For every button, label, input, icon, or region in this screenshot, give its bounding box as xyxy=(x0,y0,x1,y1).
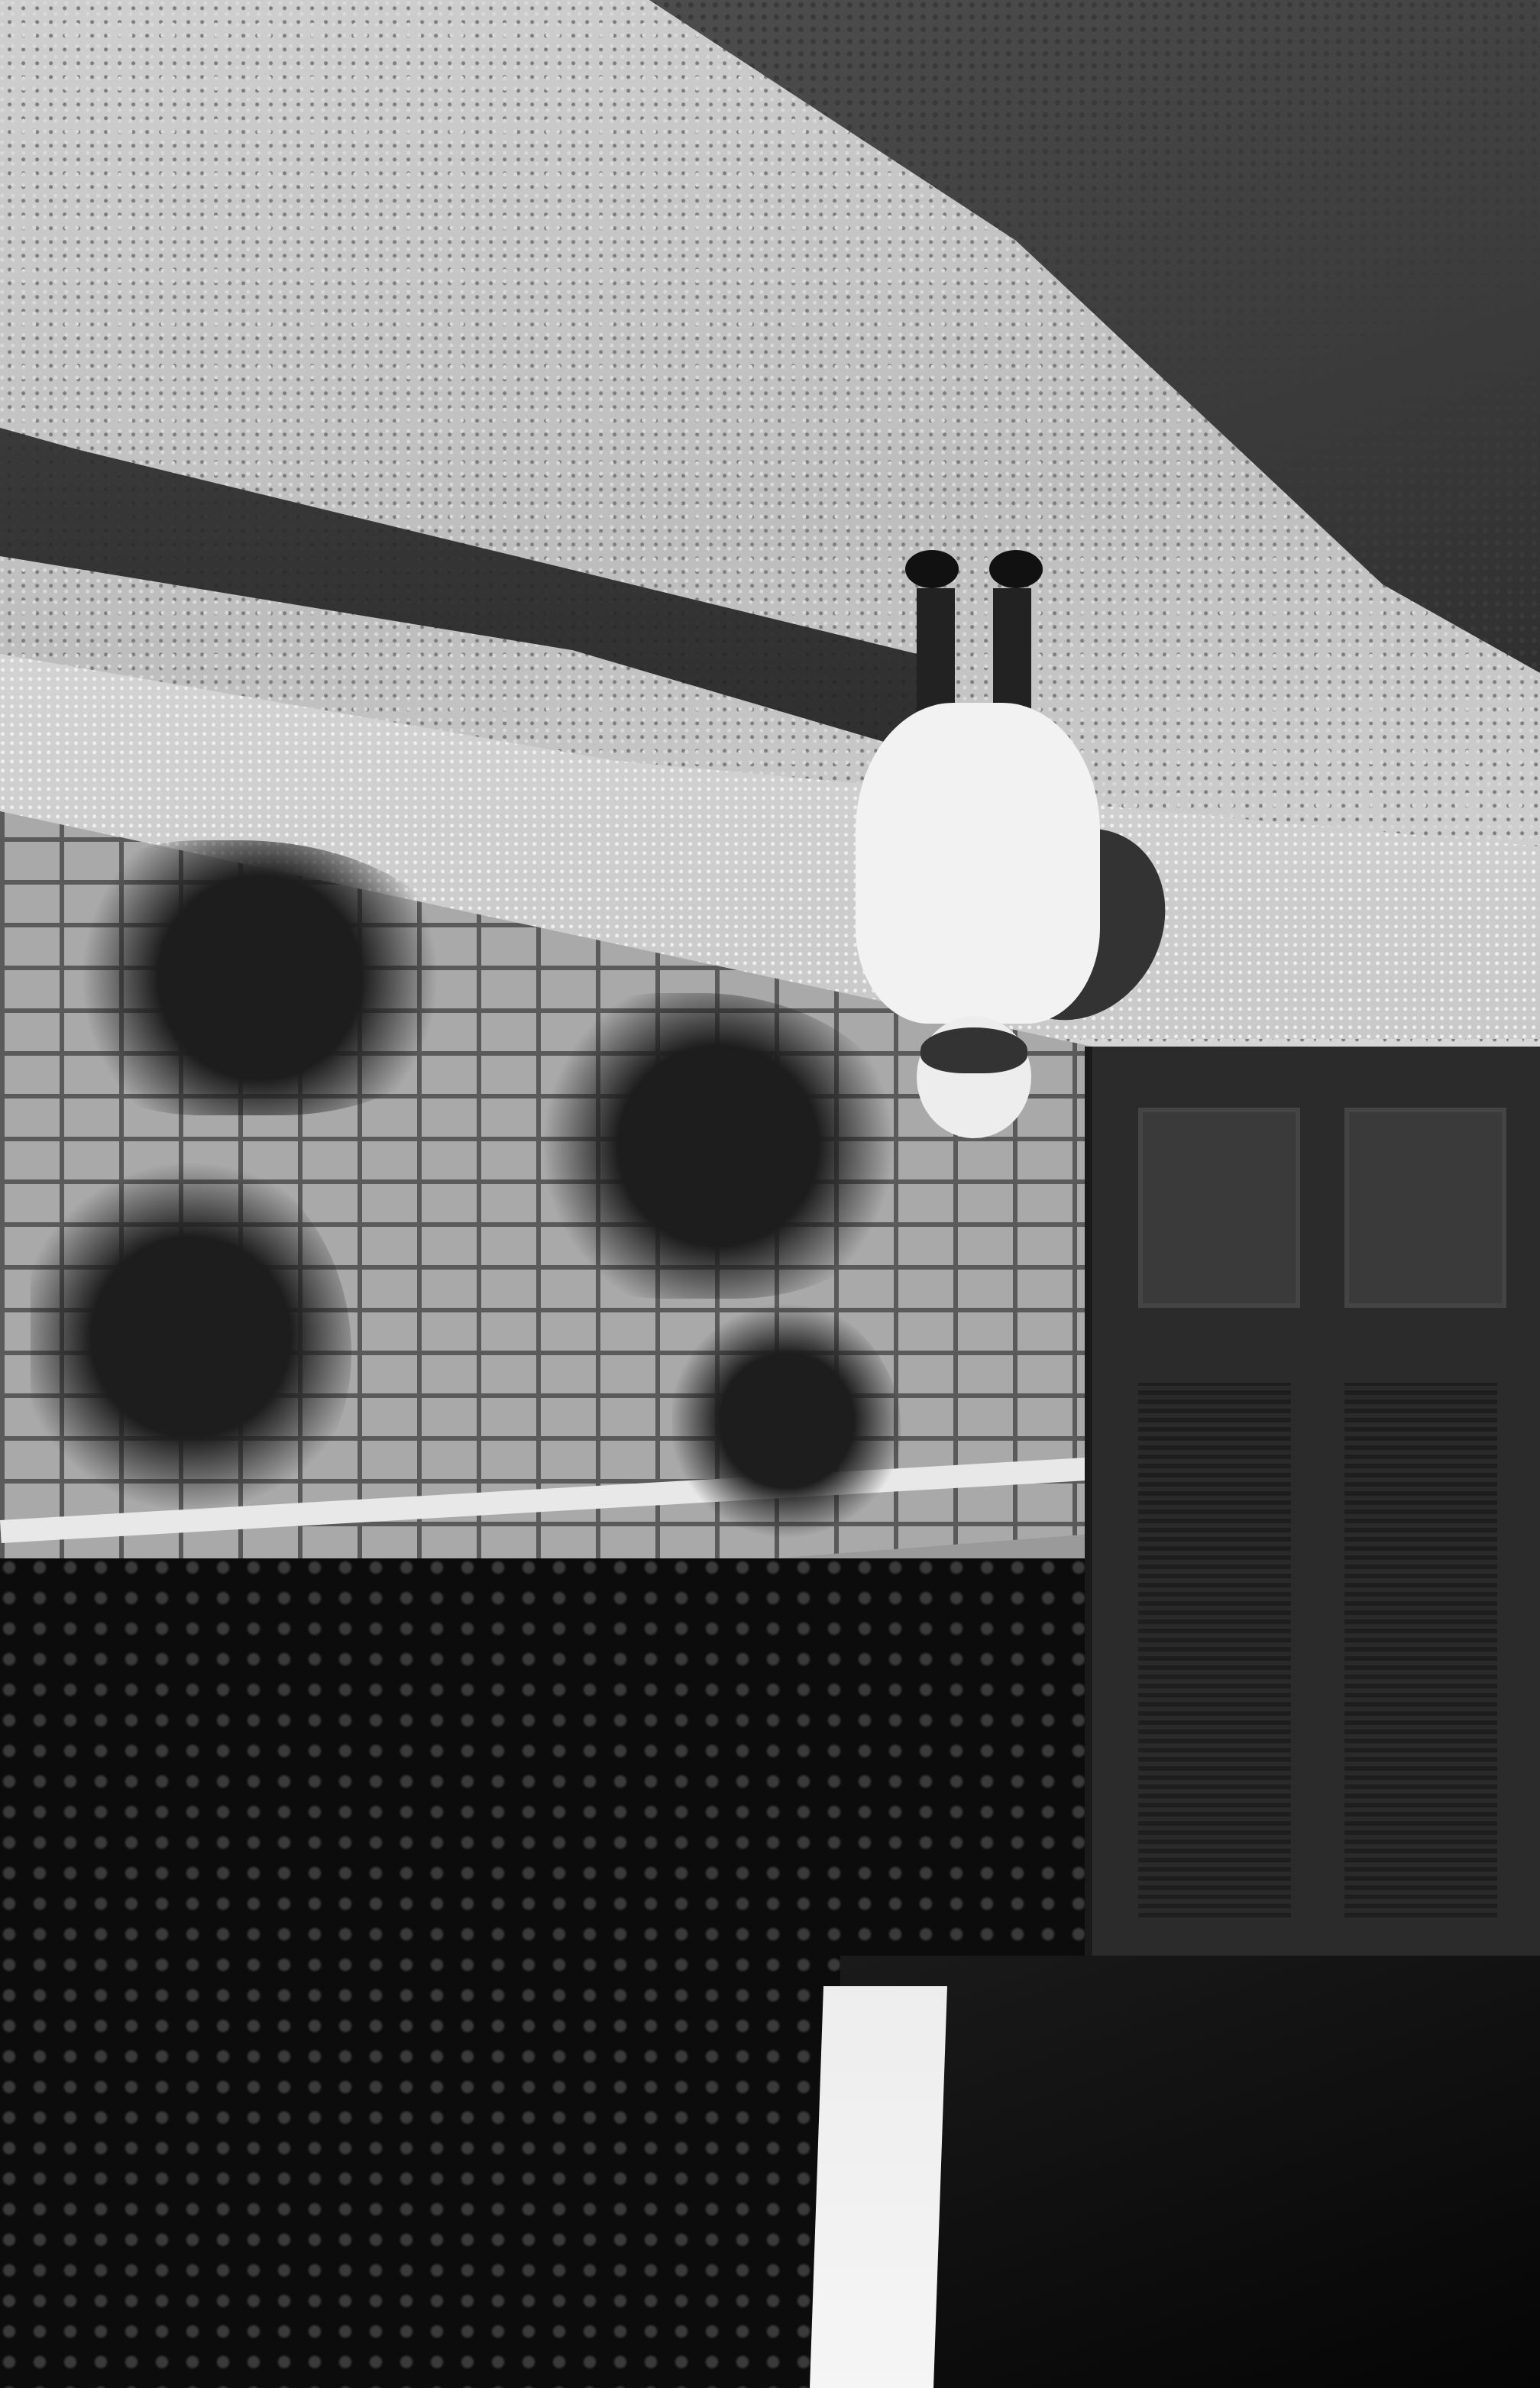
shutter-panel xyxy=(1138,1108,1300,1308)
child-shoe xyxy=(989,550,1043,588)
child-figure xyxy=(856,703,1100,1024)
child-leg xyxy=(993,588,1031,710)
photograph xyxy=(0,0,1540,2388)
wooden-shutters xyxy=(1085,1047,1540,1963)
child-hair xyxy=(920,1027,1027,1073)
shutter-louvers xyxy=(1138,1383,1291,1917)
shutter-louvers xyxy=(1344,1383,1497,1917)
building-background xyxy=(810,1986,947,2388)
child-leg xyxy=(917,588,955,710)
shutter-panel xyxy=(1344,1108,1506,1308)
child-shoe xyxy=(905,550,959,588)
